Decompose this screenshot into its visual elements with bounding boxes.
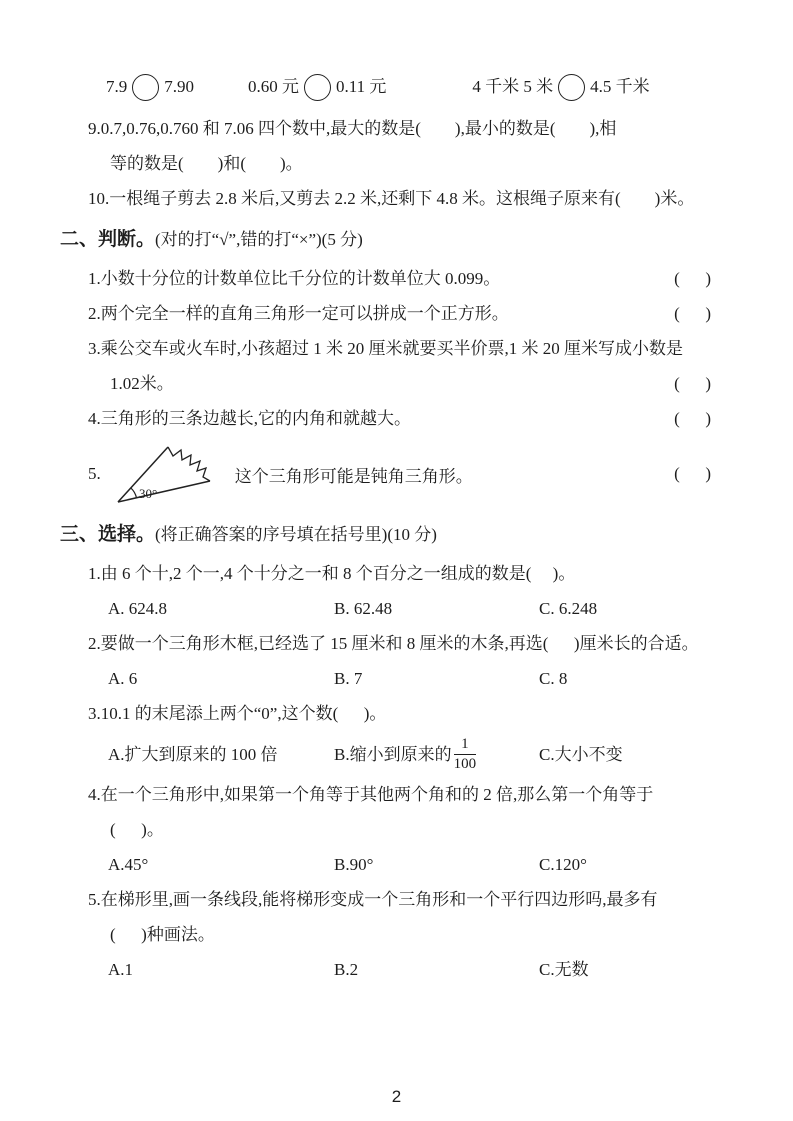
answer-bracket: ( ) [674, 302, 711, 326]
page-number: 2 [0, 1087, 793, 1107]
option-b: B.90° [334, 853, 539, 877]
torn-edge-zigzag [168, 447, 210, 481]
option-a: A.1 [108, 958, 334, 982]
choice-question-5-line1: 5.在梯形里,画一条线段,能将梯形变成一个三角形和一个平行四边形吗,最多有 [60, 888, 755, 912]
judgment-item-4: 4.三角形的三条边越长,它的内角和就越大。 ( ) [60, 407, 755, 431]
judgment-item-2: 2.两个完全一样的直角三角形一定可以拼成一个正方形。 ( ) [60, 302, 755, 326]
comparison-item: 7.97.90 [106, 73, 194, 101]
options-row-2: A. 6 B. 7 C. 8 [60, 667, 755, 691]
comparison-right-value: 0.11 元 [336, 73, 386, 101]
option-c: C. 8 [539, 667, 755, 691]
option-c: C.无数 [539, 958, 755, 982]
fill-question-9-line2: 等的数是( )和( )。 [60, 152, 755, 176]
answer-bracket: ( ) [674, 464, 711, 484]
comparison-left-value: 0.60 元 [248, 73, 299, 101]
section-2-heading: 二、判断。(对的打“√”,错的打“×”)(5 分) [60, 227, 755, 253]
angle-degree-label: 30° [139, 486, 157, 501]
comparison-right-value: 4.5 千米 [590, 73, 650, 101]
question-number: 5. [88, 464, 101, 484]
comparison-circle [132, 74, 159, 101]
choice-question-2: 2.要做一个三角形木框,已经选了 15 厘米和 8 厘米的木条,再选( )厘米长… [60, 632, 755, 656]
angle-figure: 30° [113, 442, 221, 506]
option-b: B. 62.48 [334, 597, 539, 621]
options-row-1: A. 624.8 B. 62.48 C. 6.248 [60, 597, 755, 621]
angle-lower-ray [118, 481, 210, 502]
question-text: 1.小数十分位的计数单位比千分位的计数单位大 0.099。 [88, 267, 674, 291]
option-a: A. 624.8 [108, 597, 334, 621]
answer-bracket: ( ) [674, 407, 711, 431]
section-3-title: 三、选择。 [60, 524, 155, 545]
fraction: 1100 [454, 737, 477, 772]
answer-bracket: ( ) [674, 372, 711, 396]
question-text: 1.02米。 [110, 372, 674, 396]
choice-question-3: 3.10.1 的末尾添上两个“0”,这个数( )。 [60, 702, 755, 726]
judgment-item-3-line2: 1.02米。 ( ) [60, 372, 755, 396]
option-a: A. 6 [108, 667, 334, 691]
option-b: B.2 [334, 958, 539, 982]
choice-question-4-line2: ( )。 [60, 818, 755, 842]
choice-question-4-line1: 4.在一个三角形中,如果第一个角等于其他两个角和的 2 倍,那么第一个角等于 [60, 783, 755, 807]
question-text: 4.三角形的三条边越长,它的内角和就越大。 [88, 407, 674, 431]
options-row-4: A.45° B.90° C.120° [60, 853, 755, 877]
comparison-left-value: 7.9 [106, 73, 127, 101]
choice-question-5-line2: ( )种画法。 [60, 923, 755, 947]
fill-question-9-line1: 9.0.7,0.76,0.760 和 7.06 四个数中,最大的数是( ),最小… [60, 117, 755, 141]
fraction-numerator: 1 [454, 737, 477, 755]
answer-bracket: ( ) [674, 267, 711, 291]
comparison-circle [558, 74, 585, 101]
test-paper-page: 7.97.90 0.60 元0.11 元 4 千米 5 米4.5 千米 9.0.… [0, 0, 793, 1121]
comparison-item: 0.60 元0.11 元 [248, 73, 386, 101]
option-c: C.大小不变 [539, 743, 755, 767]
option-a: A.45° [108, 853, 334, 877]
judgment-item-3-line1: 3.乘公交车或火车时,小孩超过 1 米 20 厘米就要买半价票,1 米 20 厘… [60, 337, 755, 361]
choice-question-1: 1.由 6 个十,2 个一,4 个十分之一和 8 个百分之一组成的数是( )。 [60, 562, 755, 586]
section-2-subtitle: (对的打“√”,错的打“×”)(5 分) [155, 230, 363, 249]
section-3-subtitle: (将正确答案的序号填在括号里)(10 分) [155, 525, 437, 544]
judgment-item-1: 1.小数十分位的计数单位比千分位的计数单位大 0.099。 ( ) [60, 267, 755, 291]
fill-question-10: 10.一根绳子剪去 2.8 米后,又剪去 2.2 米,还剩下 4.8 米。这根绳… [60, 187, 755, 211]
option-b: B.缩小到原来的1100 [334, 737, 539, 772]
option-b-text: B.缩小到原来的 [334, 743, 452, 767]
comparison-circle [304, 74, 331, 101]
option-b: B. 7 [334, 667, 539, 691]
comparison-right-value: 7.90 [164, 73, 194, 101]
question-text: 2.两个完全一样的直角三角形一定可以拼成一个正方形。 [88, 302, 674, 326]
option-a: A.扩大到原来的 100 倍 [108, 743, 334, 767]
options-row-5: A.1 B.2 C.无数 [60, 958, 755, 982]
option-c: C.120° [539, 853, 755, 877]
question-text: 这个三角形可能是钝角三角形。 [235, 462, 473, 487]
fraction-denominator: 100 [454, 755, 477, 772]
comparison-item: 4 千米 5 米4.5 千米 [472, 73, 649, 101]
comparison-row: 7.97.90 0.60 元0.11 元 4 千米 5 米4.5 千米 [60, 73, 755, 101]
comparison-left-value: 4 千米 5 米 [472, 73, 553, 101]
judgment-item-5: 5. 30° 这个三角形可能是钝角三角形。 ( ) [60, 442, 755, 506]
angle-arc [131, 488, 137, 498]
option-c: C. 6.248 [539, 597, 755, 621]
section-3-heading: 三、选择。(将正确答案的序号填在括号里)(10 分) [60, 522, 755, 548]
options-row-3: A.扩大到原来的 100 倍 B.缩小到原来的1100 C.大小不变 [60, 737, 755, 772]
section-2-title: 二、判断。 [60, 229, 155, 250]
